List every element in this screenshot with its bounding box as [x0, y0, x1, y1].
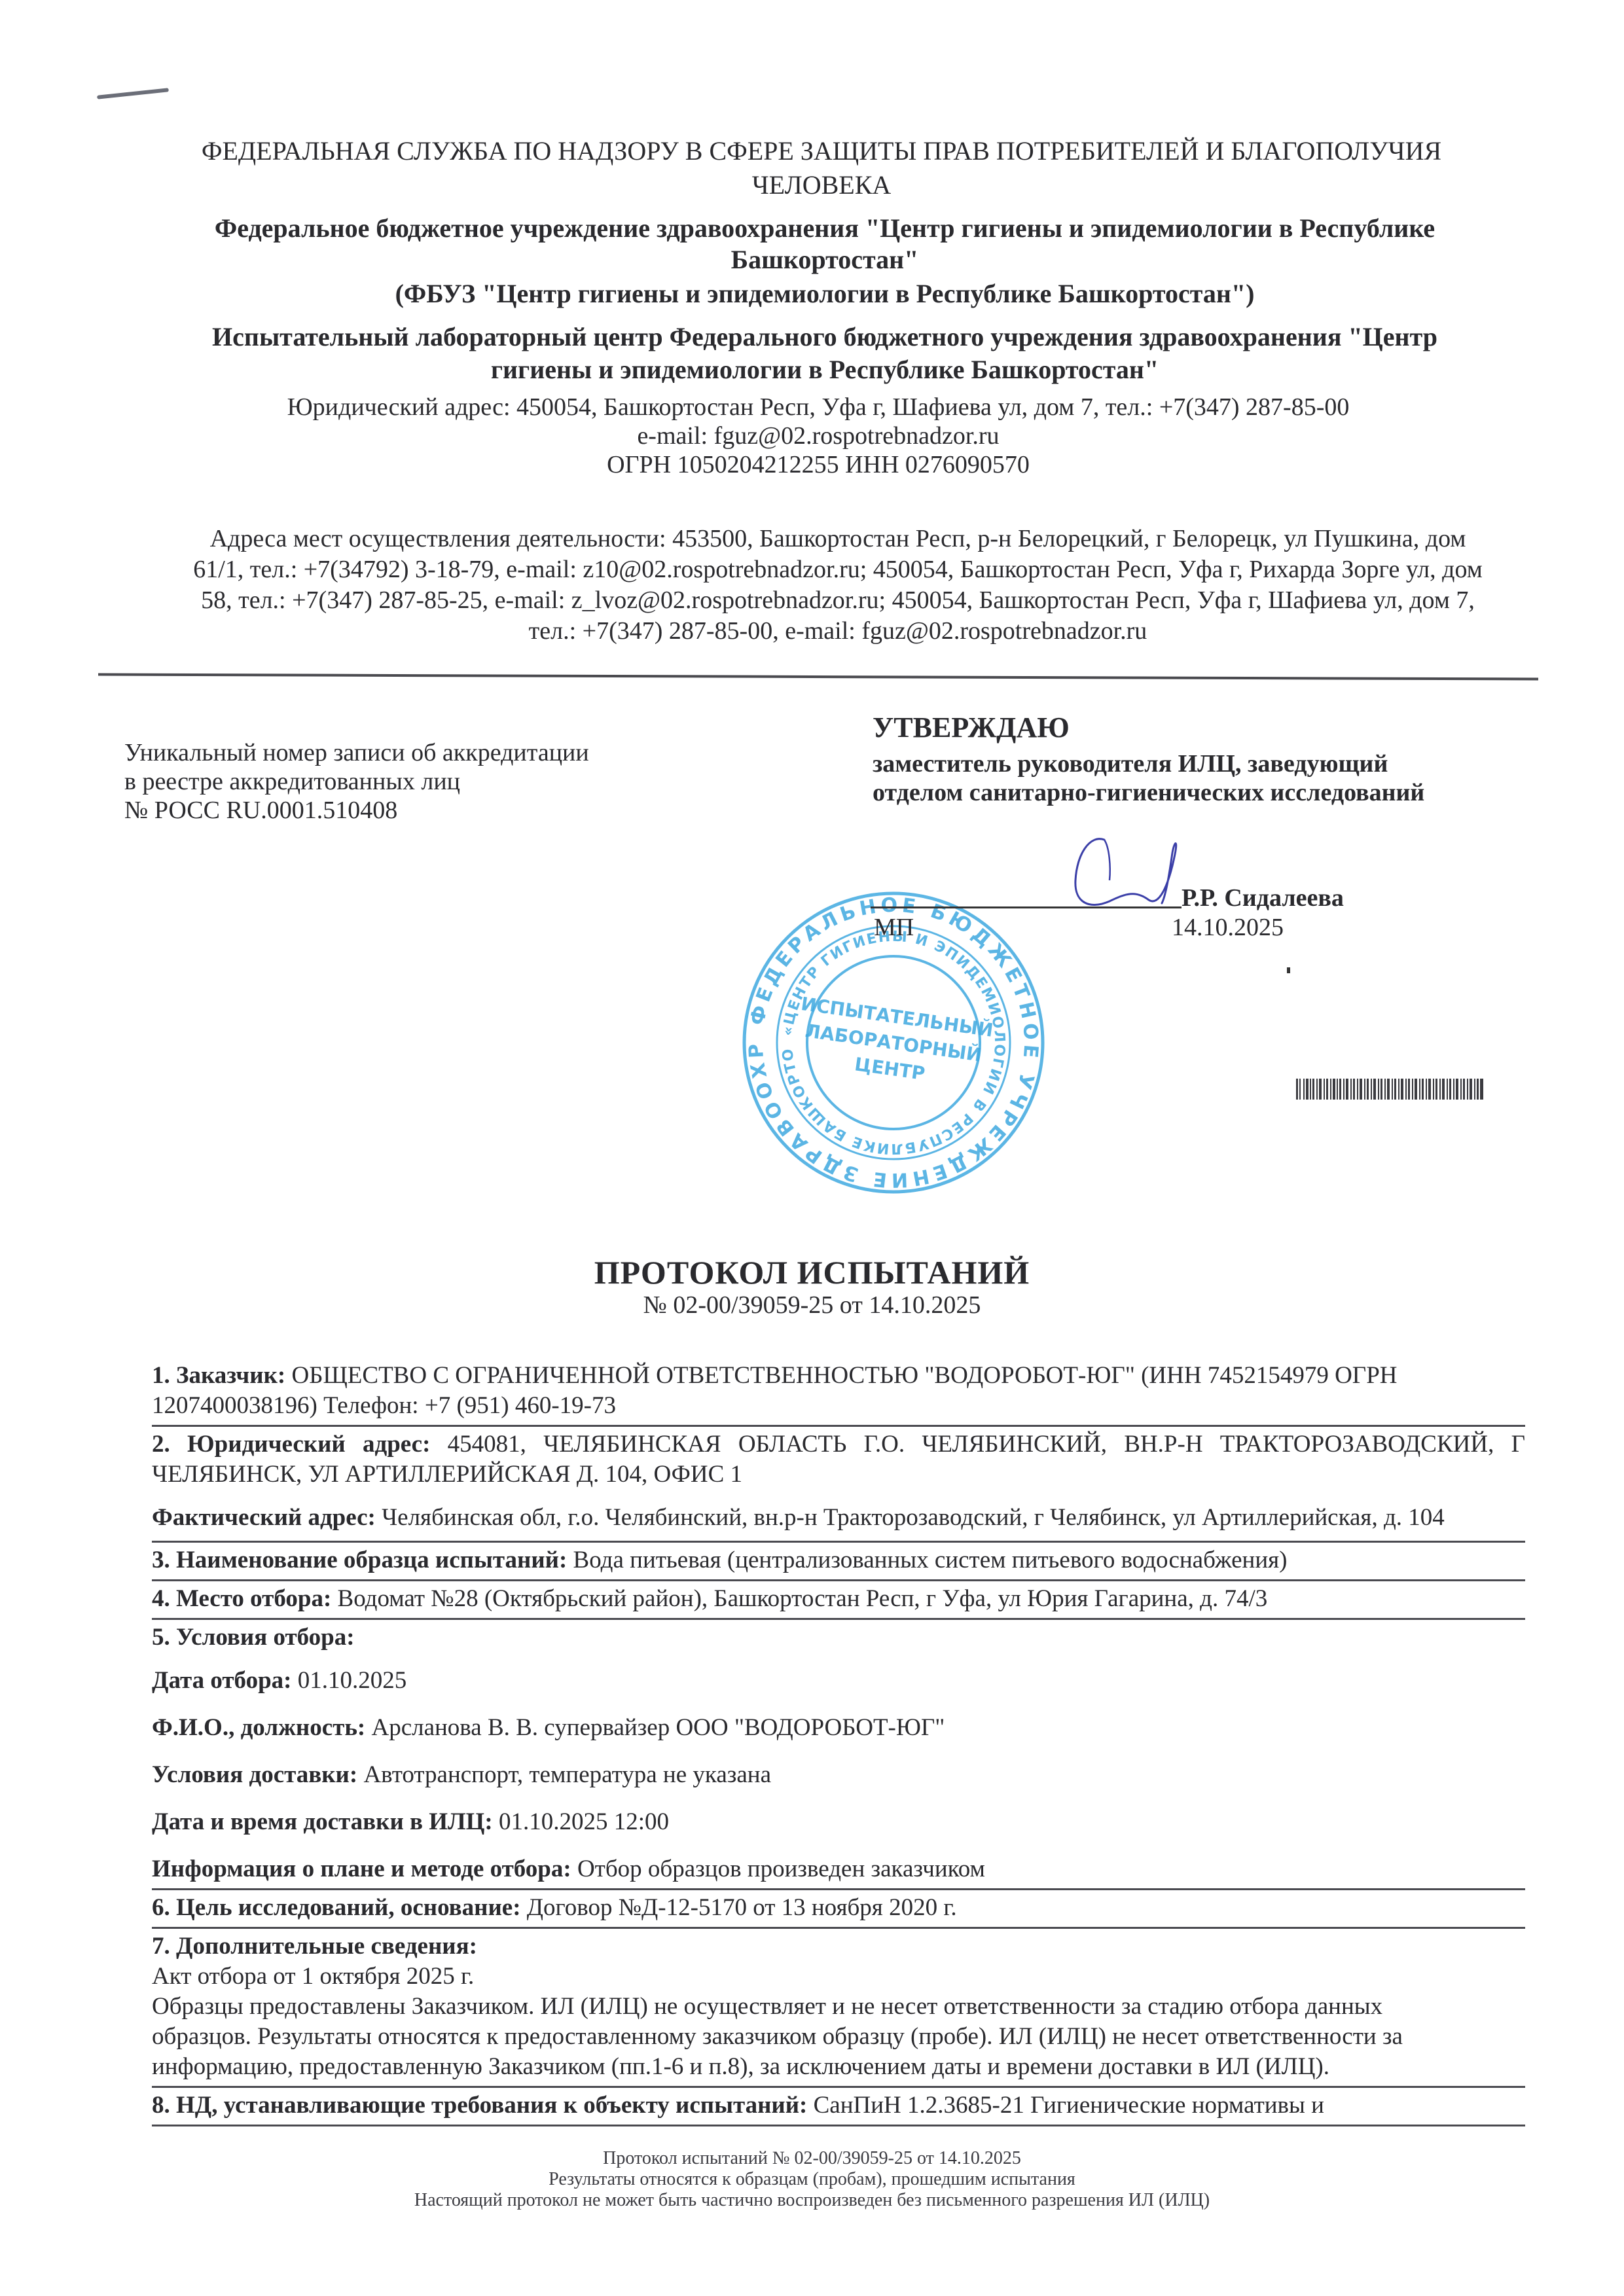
section-addresses: 2. Юридический адрес: 454081, ЧЕЛЯБИНСКА… — [152, 1427, 1525, 1543]
accreditation-line-1: Уникальный номер записи об аккредитации — [124, 738, 589, 767]
email: e-mail: fguz@02.rospotrebnadzor.ru — [196, 422, 1440, 450]
delivery-conditions-value: Автотранспорт, температура не указана — [363, 1761, 771, 1788]
footer-protocol-ref: Протокол испытаний № 02-00/39059-25 от 1… — [0, 2148, 1624, 2169]
section-additional-info: 7. Дополнительные сведения: Акт отбора о… — [152, 1929, 1525, 2088]
purpose-value: Договор №Д-12-5170 от 13 ноября 2020 г. — [527, 1894, 957, 1921]
approver-role-line-2: отделом санитарно-гигиенических исследов… — [873, 778, 1424, 807]
sampling-conditions-label: 5. Условия отбора: — [152, 1623, 1525, 1653]
signature-line — [871, 906, 1182, 908]
page-footer: Протокол испытаний № 02-00/39059-25 от 1… — [0, 2148, 1624, 2211]
protocol-number: № 02-00/39059-25 от 14.10.2025 — [0, 1291, 1624, 1319]
section-customer: 1. Заказчик: ОБЩЕСТВО С ОГРАНИЧЕННОЙ ОТВ… — [152, 1358, 1525, 1427]
signer-name: Р.Р. Сидалеева — [1182, 884, 1344, 912]
approval-block: УТВЕРЖДАЮ заместитель руководителя ИЛЦ, … — [873, 710, 1424, 807]
sampling-place-label: 4. Место отбора: — [152, 1585, 331, 1612]
responsibility-note: Образцы предоставлены Заказчиком. ИЛ (ИЛ… — [152, 1992, 1525, 2082]
delivery-time-row: Дата и время доставки в ИЛЦ: 01.10.2025 … — [152, 1803, 1525, 1841]
sampler-label: Ф.И.О., должность: — [152, 1714, 365, 1741]
sampling-plan-label: Информация о плане и методе отбора: — [152, 1856, 571, 1882]
sample-name-value: Вода питьевая (централизованных систем п… — [573, 1547, 1288, 1573]
sampling-plan-value: Отбор образцов произведен заказчиком — [577, 1856, 985, 1882]
customer-label: 1. Заказчик: — [152, 1362, 285, 1389]
customer-legal-address-label: 2. Юридический адрес: — [152, 1431, 430, 1458]
delivery-conditions-row: Условия доставки: Автотранспорт, темпера… — [152, 1756, 1525, 1794]
approval-title: УТВЕРЖДАЮ — [873, 710, 1424, 745]
institution-short: (ФБУЗ "Центр гигиены и эпидемиологии в Р… — [151, 278, 1499, 310]
purpose-label: 6. Цель исследований, основание: — [152, 1894, 521, 1921]
activity-addresses: Адреса мест осуществления деятельности: … — [190, 524, 1486, 647]
section-normative-docs: 8. НД, устанавливающие требования к объе… — [152, 2088, 1525, 2126]
sampling-date-value: 01.10.2025 — [298, 1667, 407, 1694]
pen-mark — [97, 88, 169, 99]
customer-value: ОБЩЕСТВО С ОГРАНИЧЕННОЙ ОТВЕТСТВЕННОСТЬЮ… — [152, 1362, 1398, 1419]
sampling-plan-row: Информация о плане и методе отбора: Отбо… — [152, 1850, 1525, 1884]
agency-name: ФЕДЕРАЛЬНАЯ СЛУЖБА ПО НАДЗОРУ В СФЕРЕ ЗА… — [131, 134, 1512, 202]
approver-role: заместитель руководителя ИЛЦ, заведующий… — [873, 749, 1424, 807]
sampling-date-row: Дата отбора: 01.10.2025 — [152, 1662, 1525, 1700]
protocol-title: ПРОТОКОЛ ИСПЫТАНИЙ — [0, 1253, 1624, 1291]
section-sample-name: 3. Наименование образца испытаний: Вода … — [152, 1543, 1525, 1581]
lab-center-name: Испытательный лабораторный центр Федерал… — [170, 321, 1479, 386]
delivery-time-value: 01.10.2025 12:00 — [499, 1808, 669, 1835]
sampling-act: Акт отбора от 1 октября 2025 г. — [152, 1962, 1525, 1992]
stamp-place-label: МП — [874, 913, 914, 942]
normative-docs-label: 8. НД, устанавливающие требования к объе… — [152, 2092, 807, 2119]
section-sampling-conditions: 5. Условия отбора: Дата отбора: 01.10.20… — [152, 1620, 1525, 1890]
sampler-row: Ф.И.О., должность: Арсланова В. В. супер… — [152, 1709, 1525, 1747]
delivery-conditions-label: Условия доставки: — [152, 1761, 357, 1788]
ink-dot — [1287, 967, 1290, 973]
customer-actual-address-label: Фактический адрес: — [152, 1504, 376, 1531]
sampling-date-label: Дата отбора: — [152, 1667, 291, 1694]
ogrn-inn: ОГРН 1050204212255 ИНН 0276090570 — [196, 450, 1440, 479]
institution-full: Федеральное бюджетное учреждение здравоо… — [151, 213, 1499, 276]
legal-address: Юридический адрес: 450054, Башкортостан … — [196, 393, 1440, 422]
sampler-value: Арсланова В. В. супервайзер ООО "ВОДОРОБ… — [371, 1714, 945, 1741]
legal-block: Юридический адрес: 450054, Башкортостан … — [196, 393, 1440, 479]
additional-info-label: 7. Дополнительные сведения: — [152, 1931, 1525, 1962]
header-divider — [98, 673, 1538, 681]
footer-copy-restriction: Настоящий протокол не может быть частичн… — [0, 2190, 1624, 2211]
sample-name-label: 3. Наименование образца испытаний: — [152, 1547, 567, 1573]
sampling-place-value: Водомат №28 (Октябрьский район), Башкорт… — [338, 1585, 1268, 1612]
legal-address-row: 2. Юридический адрес: 454081, ЧЕЛЯБИНСКА… — [152, 1429, 1525, 1494]
institution-header: Федеральное бюджетное учреждение здравоо… — [151, 213, 1499, 310]
accreditation-number: № РОСС RU.0001.510408 — [124, 796, 589, 825]
approver-role-line-1: заместитель руководителя ИЛЦ, заведующий — [873, 749, 1424, 778]
section-sampling-place: 4. Место отбора: Водомат №28 (Октябрьски… — [152, 1581, 1525, 1620]
actual-address-row: Фактический адрес: Челябинская обл, г.о.… — [152, 1499, 1525, 1537]
protocol-sections: 1. Заказчик: ОБЩЕСТВО С ОГРАНИЧЕННОЙ ОТВ… — [152, 1358, 1525, 2126]
accreditation-line-2: в реестре аккредитованных лиц — [124, 767, 589, 796]
accreditation-block: Уникальный номер записи об аккредитации … — [124, 738, 589, 825]
section-purpose: 6. Цель исследований, основание: Договор… — [152, 1890, 1525, 1929]
customer-actual-address-value: Челябинская обл, г.о. Челябинский, вн.р-… — [382, 1504, 1445, 1531]
svg-text:ЦЕНТР: ЦЕНТР — [854, 1053, 927, 1085]
normative-docs-value: СанПиН 1.2.3685-21 Гигиенические нормати… — [814, 2092, 1324, 2119]
delivery-time-label: Дата и время доставки в ИЛЦ: — [152, 1808, 493, 1835]
approval-date: 14.10.2025 — [1172, 913, 1284, 942]
barcode — [1296, 1079, 1483, 1100]
signature — [1064, 828, 1188, 916]
footer-results-note: Результаты относятся к образцам (пробам)… — [0, 2169, 1624, 2190]
